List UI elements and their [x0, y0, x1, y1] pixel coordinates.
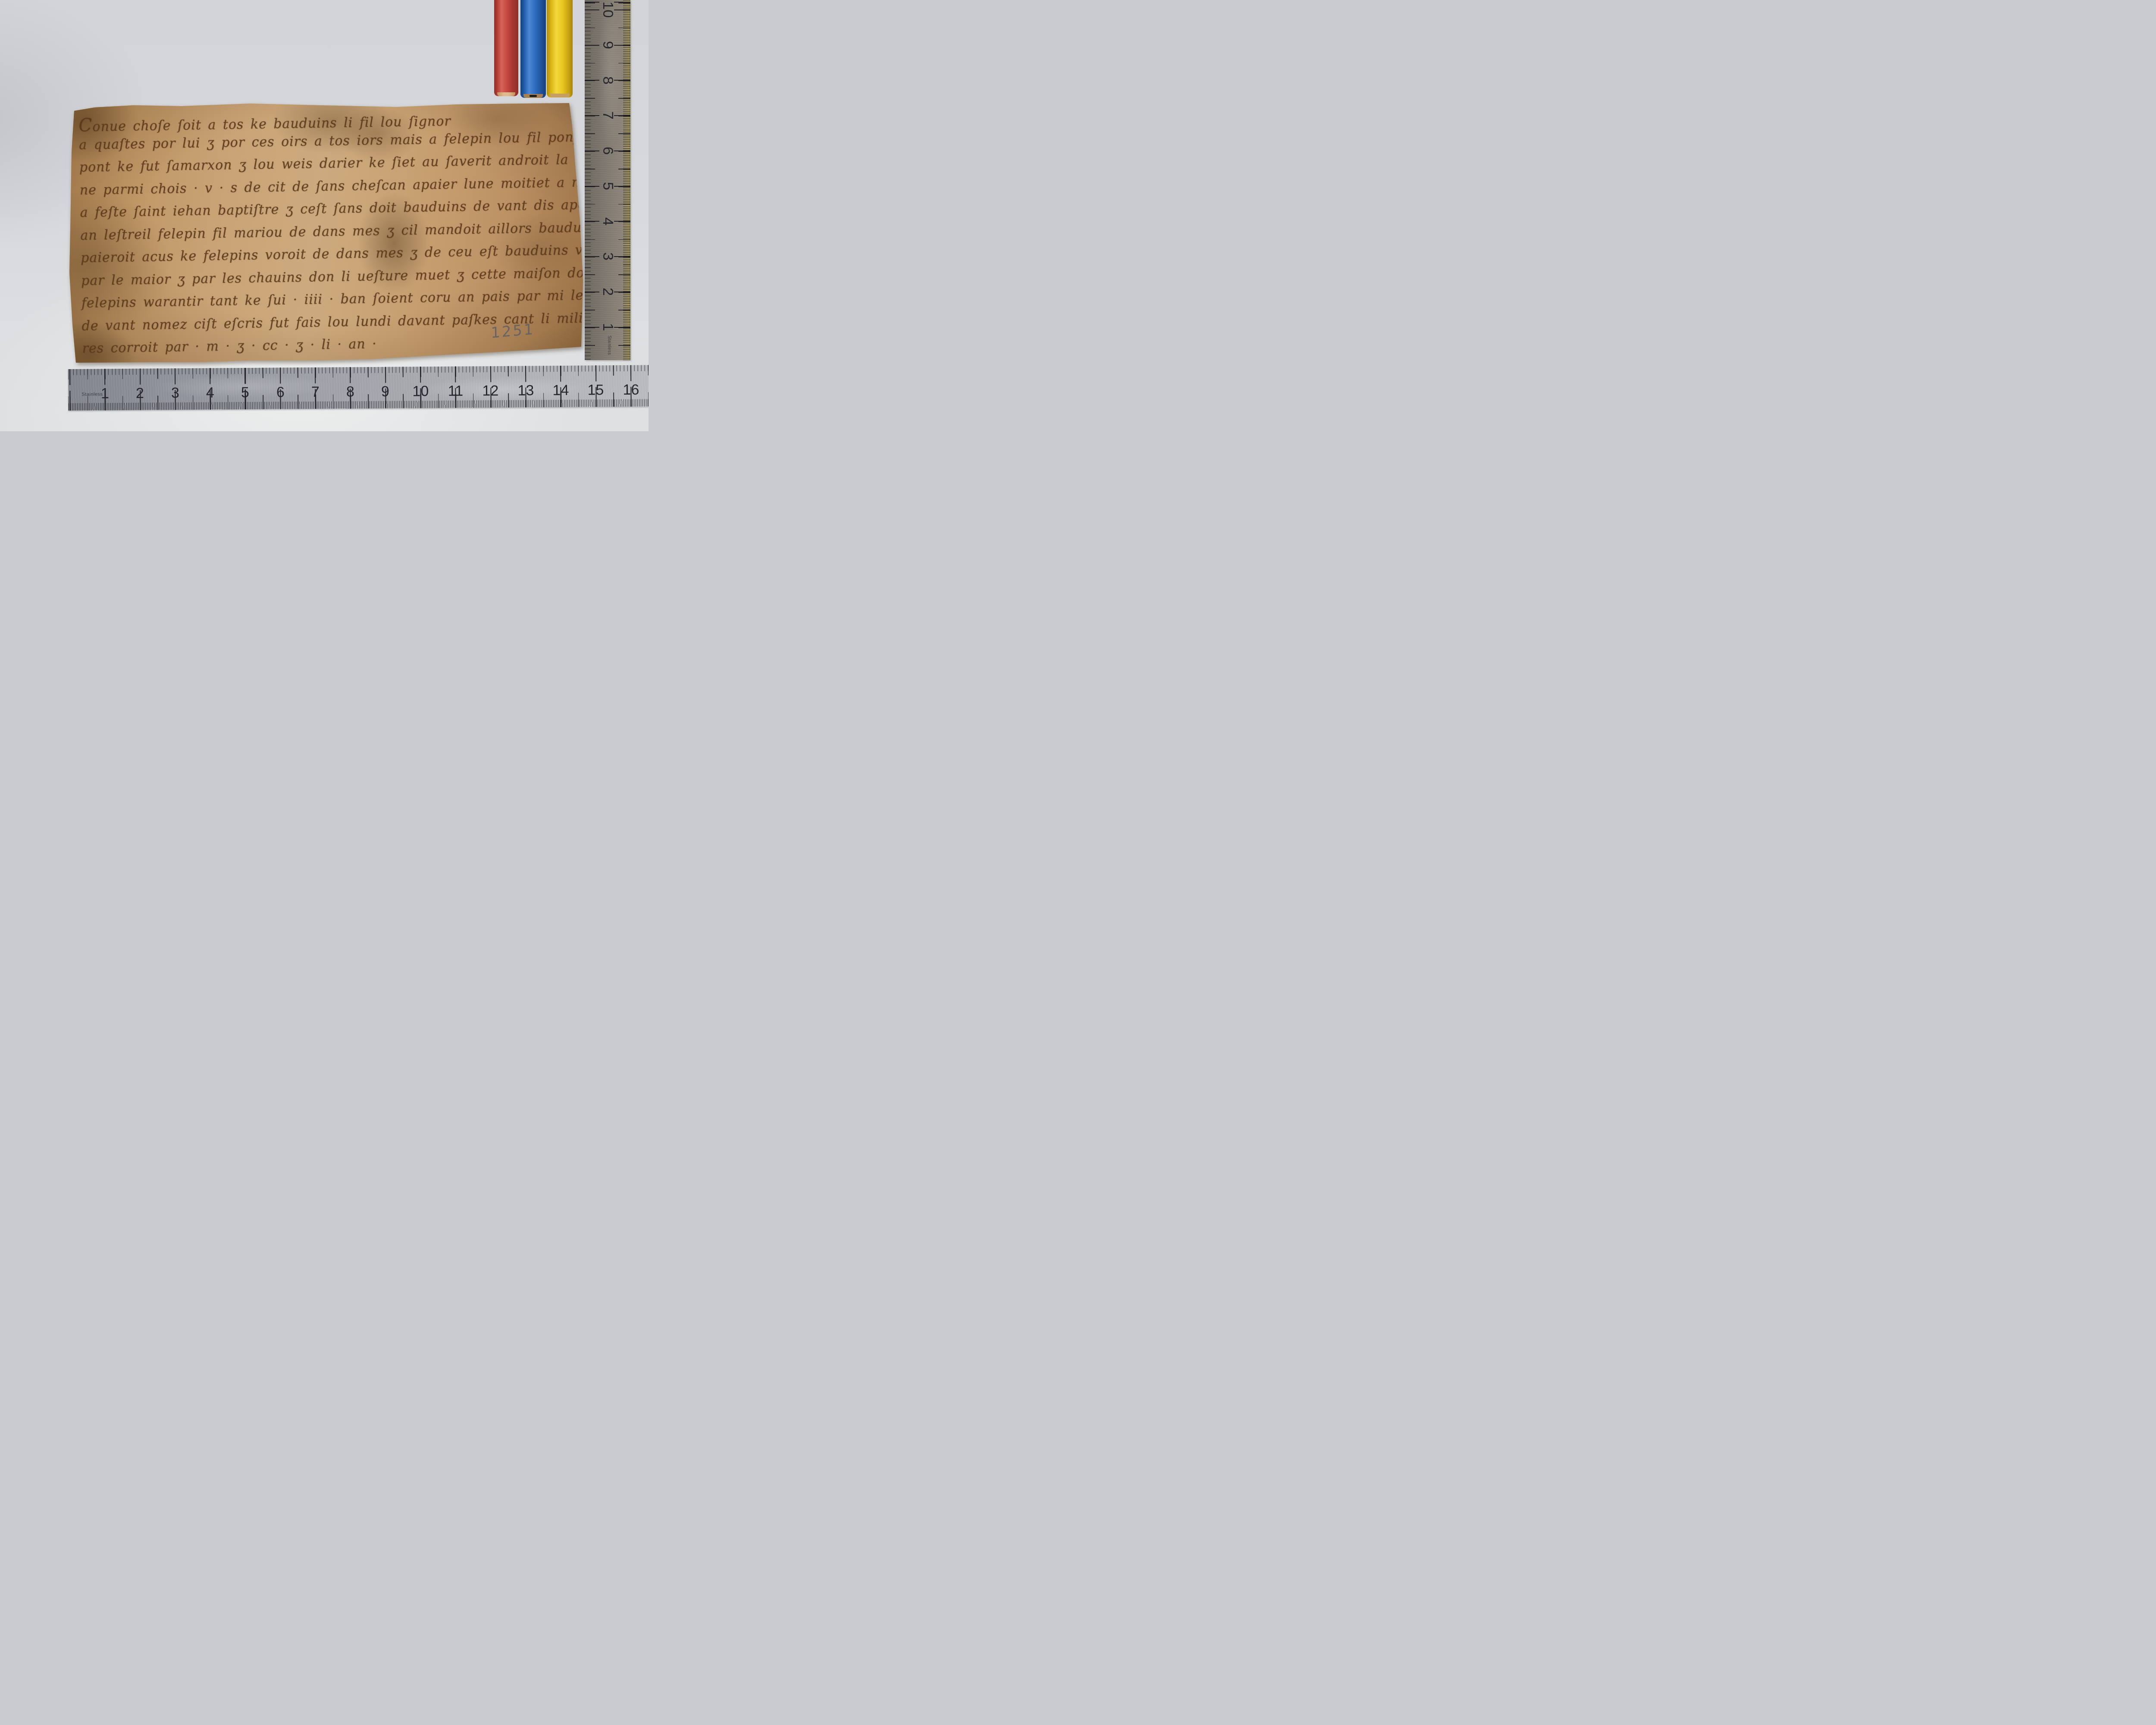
- ruler-number: 5: [232, 384, 258, 401]
- ruler-number: 9: [372, 383, 398, 400]
- ruler-number: 6: [599, 142, 616, 160]
- ruler-tick-layer-mm: [68, 365, 649, 375]
- ruler-number: 8: [599, 72, 616, 89]
- ruler-brand-label: Stainless: [607, 332, 611, 358]
- ruler-tick-layer-cm: [585, 0, 599, 360]
- ruler-tick-layer-fine: [623, 0, 630, 360]
- pencil-blue: [520, 0, 546, 98]
- ruler-number: 2: [599, 283, 616, 301]
- ruler-tick-layer-halfcm: [68, 365, 649, 379]
- ruler-number: 11: [442, 383, 468, 400]
- ruler-number: 6: [267, 384, 293, 401]
- ruler-number: 15: [583, 382, 608, 398]
- ruler-number: 7: [302, 384, 328, 401]
- ruler-number: 8: [337, 383, 363, 400]
- ruler-brand-label: Stainless: [81, 392, 103, 397]
- pencil-red-wood-end: [497, 92, 516, 96]
- ruler-number: 12: [477, 383, 503, 399]
- ruler-number: 9: [599, 37, 616, 54]
- ruler-tick-layer-fine: [69, 399, 649, 411]
- pencil-yellow-wood-end: [550, 94, 570, 97]
- ruler-number: 2: [127, 385, 153, 402]
- ruler-vertical: 10 9 8 7 6 5 4 3 2 1 Stainless: [585, 0, 630, 360]
- ruler-tick-layer-mm: [585, 0, 591, 360]
- ruler-number: 3: [162, 385, 188, 401]
- ruler-number: 3: [599, 248, 616, 265]
- ruler-number: 13: [513, 382, 539, 399]
- ruler-horizontal: 1 2 3 4 5 6 7 8 9 10 11 12 13 14 15 16 S…: [68, 365, 649, 411]
- ruler-number: 16: [618, 382, 644, 398]
- ruler-number: 10: [407, 383, 433, 400]
- ruler-tick-layer-cm-right: [614, 0, 630, 360]
- pencil-red: [494, 0, 518, 96]
- ruler-number: 5: [599, 178, 616, 195]
- ruler-number: 10: [599, 1, 616, 19]
- ruler-number: 14: [548, 382, 573, 399]
- pencil-yellow: [547, 0, 573, 97]
- ruler-number: 4: [599, 213, 616, 230]
- ruler-tick-layer-5mm: [618, 0, 630, 360]
- photo-stage: Conue choſe ſoit a tos ke bauduins li fi…: [0, 0, 649, 431]
- ruler-number: 7: [599, 107, 616, 124]
- ruler-tick-layer-halfcm: [585, 0, 595, 360]
- ruler-number: 4: [197, 384, 223, 401]
- pencil-blue-wood-end: [523, 94, 543, 98]
